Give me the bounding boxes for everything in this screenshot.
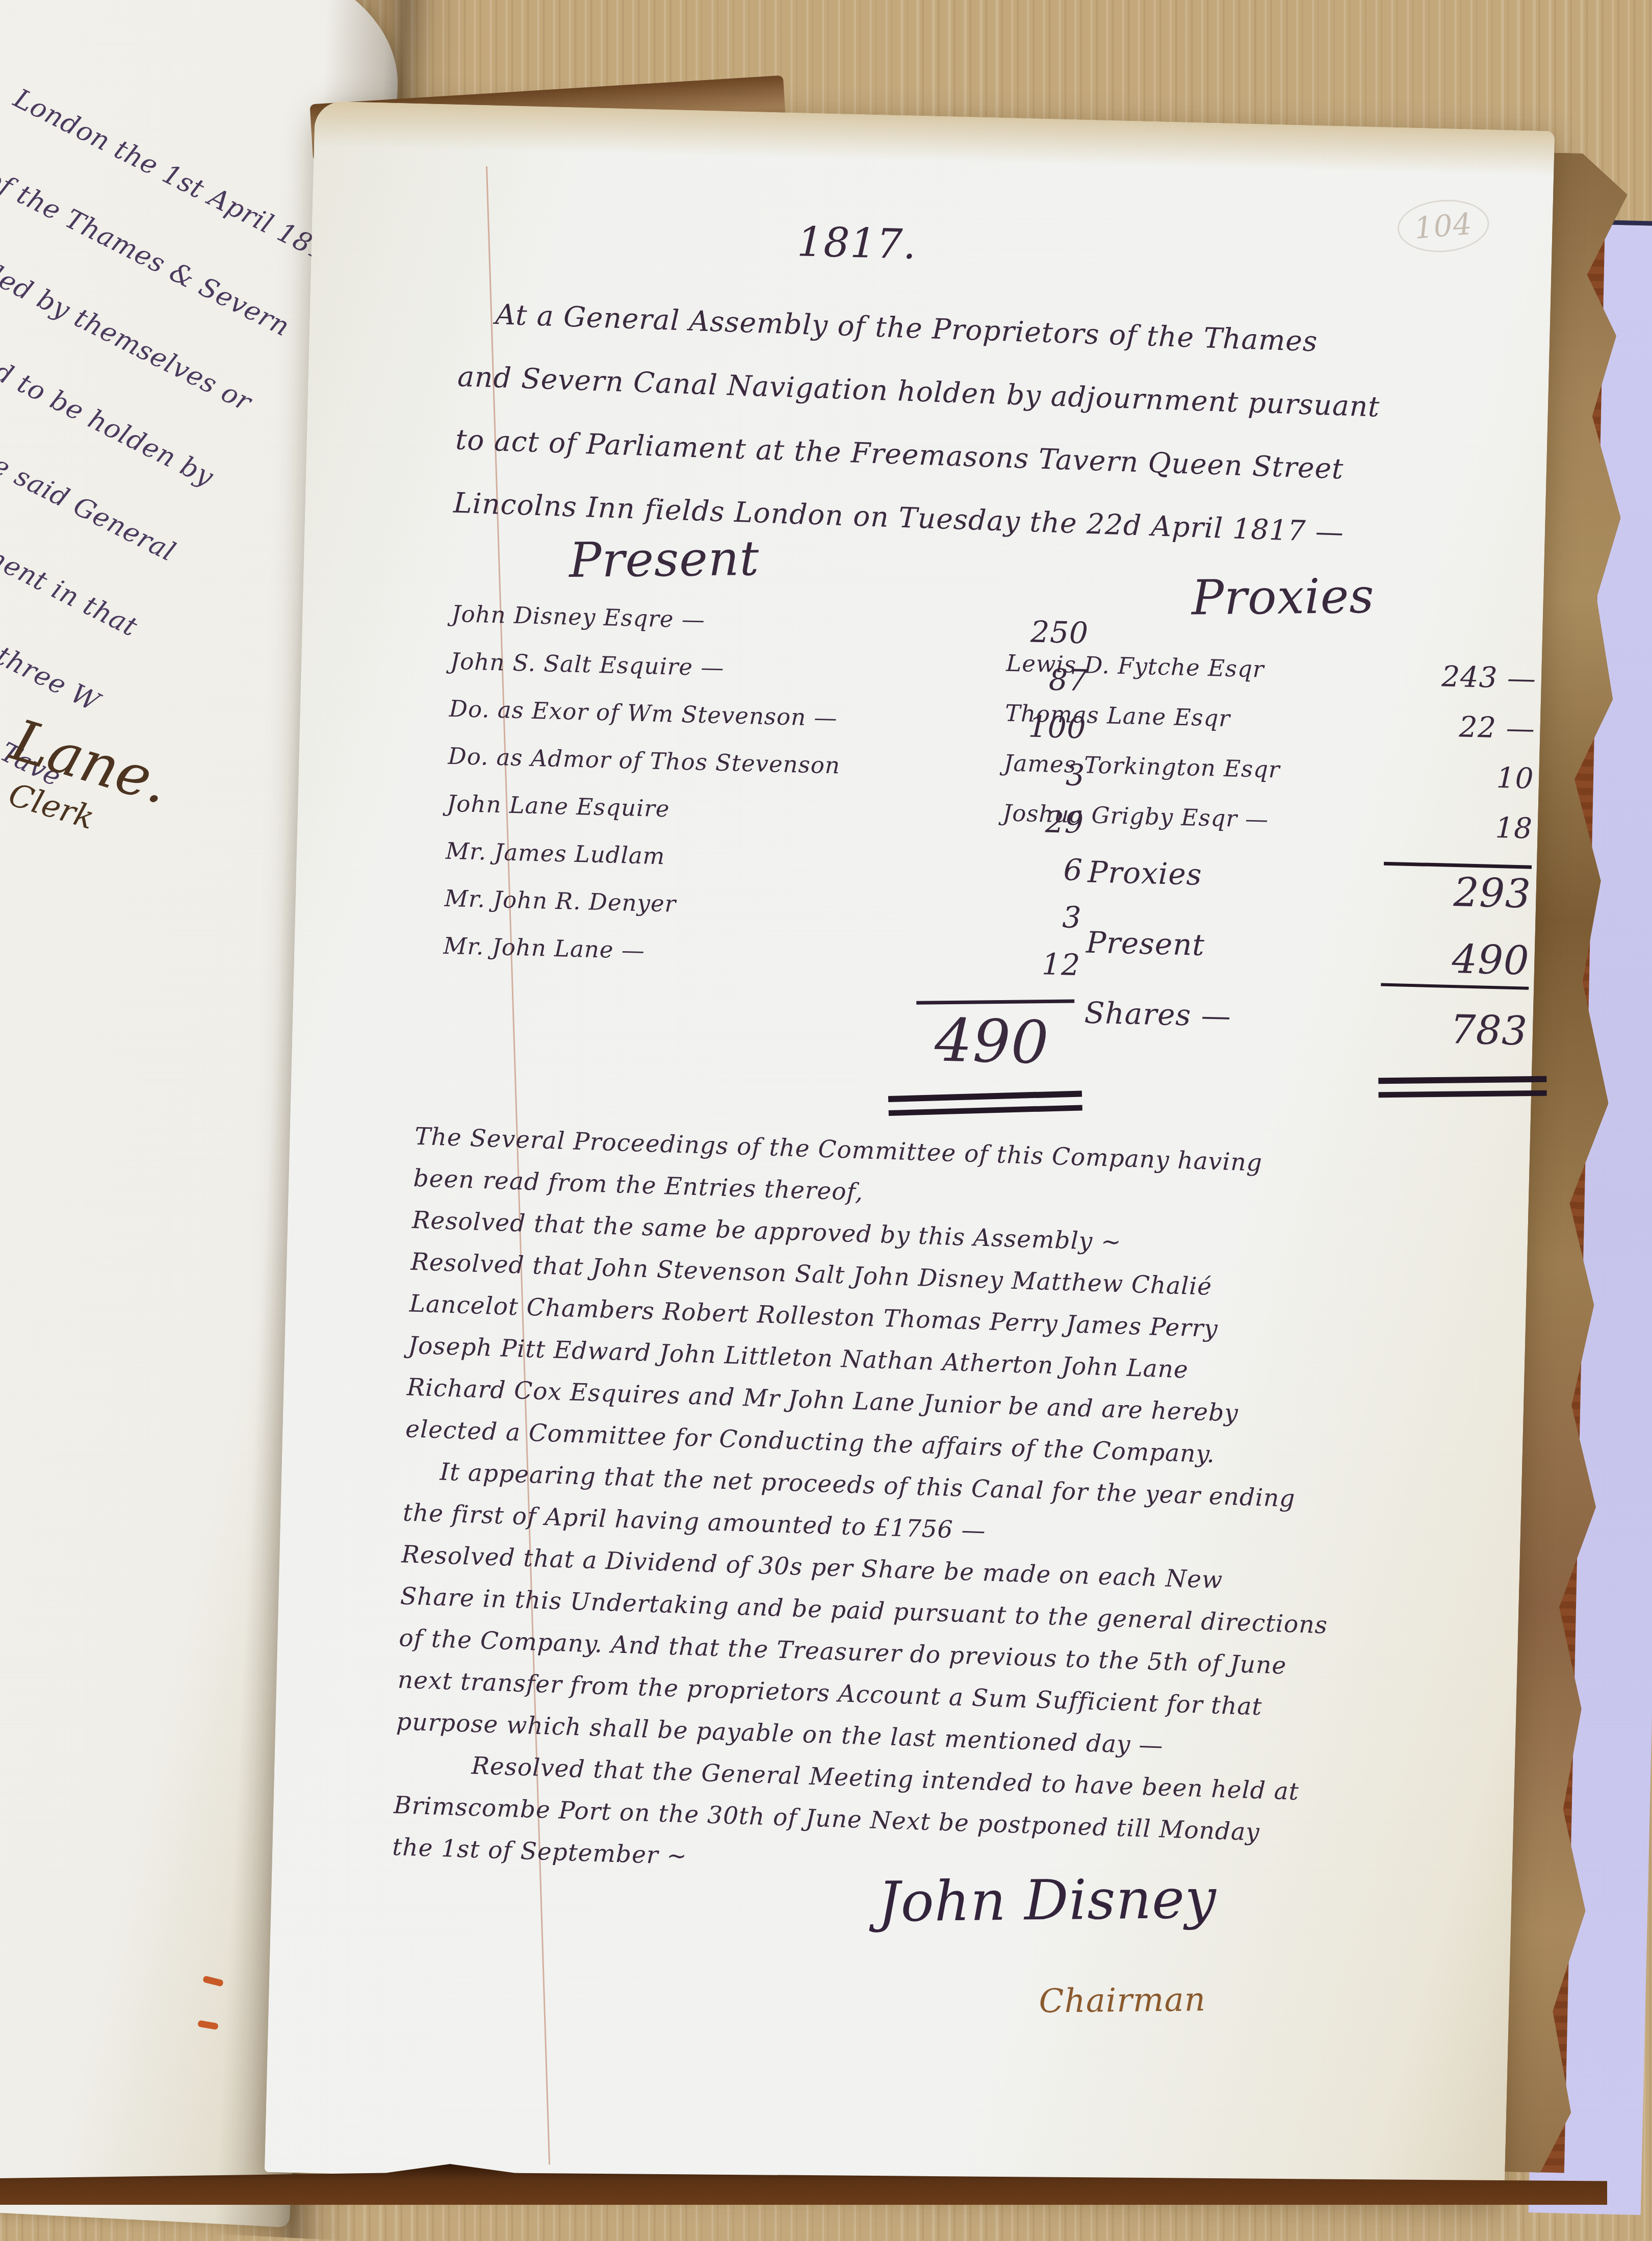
chairman-title: Chairman <box>1039 1981 1206 2020</box>
proxy-shares: 22 — <box>1417 709 1536 746</box>
proxy-shares: 10 <box>1416 759 1535 796</box>
opening-paragraph: At a General Assembly of the Proprietors… <box>452 282 1546 570</box>
attendee-name: John Disney Esqre — <box>451 600 967 640</box>
attendee-shares: 250 <box>966 613 1089 651</box>
present-heading: Present <box>569 531 760 589</box>
proxy-shares: 18 <box>1415 809 1533 846</box>
summary-row: Present 490 <box>998 923 1530 1003</box>
summary-value: 490 <box>1381 932 1530 990</box>
proxies-table: Lewis D. Fytche Esqr 243 — Thomas Lane E… <box>996 649 1537 1098</box>
present-table: John Disney Esqre — 250 John S. Salt Esq… <box>440 600 1089 1115</box>
photo-minute-book-on-desk: London the 1st April 181 tors of the Tha… <box>0 0 1652 2203</box>
summary-value: 293 <box>1383 862 1532 920</box>
present-total-double-rule <box>888 1090 1082 1116</box>
year-heading: 1817. <box>796 218 917 268</box>
proxy-shares: 243 — <box>1418 659 1537 696</box>
minutes-body: The Several Proceedings of the Committee… <box>392 1116 1531 1903</box>
summary-label: Shares — <box>997 993 1380 1037</box>
summary-row: Proxies 293 <box>1000 852 1532 932</box>
page-number: 104 <box>1396 196 1491 256</box>
summary-row: Shares — 783 <box>996 993 1528 1073</box>
right-page: 104 1817. At a General Assembly of the P… <box>265 101 1555 2202</box>
summary-label: Present <box>999 923 1382 966</box>
chairman-signature: John Disney <box>878 1867 1217 1934</box>
shares-total-double-rule <box>1378 1076 1546 1098</box>
summary-value: 783 <box>1379 1003 1528 1057</box>
proxy-name: Lewis D. Fytche Esqr <box>1006 649 1419 686</box>
summary-label: Proxies <box>1001 852 1384 896</box>
proxies-heading: Proxies <box>1191 569 1375 626</box>
